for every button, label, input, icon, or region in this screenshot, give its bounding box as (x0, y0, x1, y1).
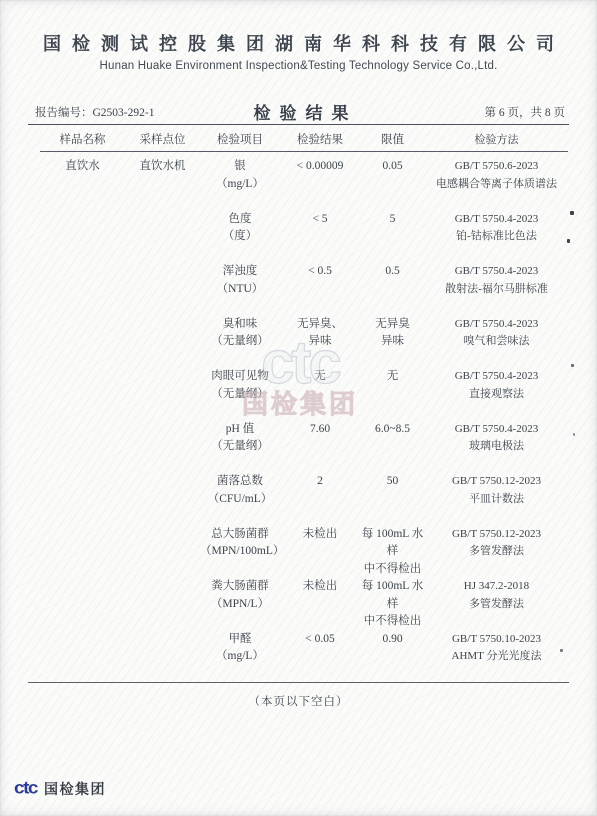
table-row: 肉眼可见物（无量纲） 无 无 GB/T 5750.4-2023直接观察法 (40, 364, 568, 417)
cell-result: < 0.5 (280, 263, 360, 281)
cell-limit: 每 100mL 水样中不得检出 (360, 526, 425, 579)
cell-method: GB/T 5750.4-2023嗅气和尝味法 (425, 316, 568, 351)
company-name-cn: 国检测试控股集团湖南华科科技有限公司 (0, 30, 597, 56)
cell-method: GB/T 5750.12-2023多管发酵法 (425, 526, 568, 561)
cell-point: 直饮水机 (125, 158, 200, 176)
cell-item: 甲醛（mg/L） (200, 631, 280, 666)
scan-speck (570, 211, 574, 215)
col-header-sampling-point: 采样点位 (125, 132, 200, 150)
header-divider (28, 124, 569, 125)
cell-limit: 6.0~8.5 (360, 421, 425, 439)
report-meta-row: 报告编号：G2503-292-1 检验结果 第 6 页，共 8 页 (35, 99, 567, 121)
col-header-test-item: 检验项目 (200, 132, 280, 150)
cell-method: GB/T 5750.10-2023AHMT 分光光度法 (425, 631, 568, 666)
cell-result: 未检出 (280, 578, 360, 596)
cell-limit: 5 (360, 211, 425, 229)
cell-item: pH 值（无量纲） (200, 421, 280, 456)
ctc-logo-name: 国检集团 (44, 779, 106, 799)
cell-method: GB/T 5750.4-2023散射法-福尔马肼标准 (425, 263, 568, 298)
cell-method: GB/T 5750.6-2023电感耦合等离子体质谱法 (425, 158, 568, 193)
cell-item: 肉眼可见物（无量纲） (200, 368, 280, 403)
cell-result: 无 (280, 368, 360, 386)
cell-limit: 50 (360, 473, 425, 491)
cell-result: < 5 (280, 211, 360, 229)
report-page: 国检测试控股集团湖南华科科技有限公司 Hunan Huake Environme… (0, 0, 597, 816)
col-header-limit: 限值 (360, 132, 425, 150)
table-row: 总大肠菌群（MPN/100mL） 未检出 每 100mL 水样中不得检出 GB/… (40, 522, 568, 575)
cell-limit: 无异臭异味 (360, 316, 425, 351)
col-header-test-result: 检验结果 (280, 132, 360, 150)
cell-method: GB/T 5750.4-2023玻璃电极法 (425, 421, 568, 456)
cell-result: < 0.05 (280, 631, 360, 649)
footer-divider (28, 682, 569, 683)
cell-item: 粪大肠菌群（MPN/L） (200, 578, 280, 613)
company-name-en: Hunan Huake Environment Inspection&Testi… (0, 60, 597, 72)
page-number: 第 6 页，共 8 页 (485, 104, 566, 120)
cell-limit: 0.5 (360, 263, 425, 281)
cell-result: 2 (280, 473, 360, 491)
table-row: pH 值（无量纲） 7.60 6.0~8.5 GB/T 5750.4-2023玻… (40, 417, 568, 470)
cell-result: < 0.00009 (280, 158, 360, 176)
col-header-test-method: 检验方法 (425, 132, 568, 150)
scan-speck (560, 649, 563, 652)
cell-item: 总大肠菌群（MPN/100mL） (200, 526, 280, 561)
table-row: 色度（度） < 5 5 GB/T 5750.4-2023铂-钴标准比色法 (40, 207, 568, 260)
cell-method: GB/T 5750.4-2023铂-钴标准比色法 (425, 211, 568, 246)
cell-limit: 每 100mL 水样中不得检出 (360, 578, 425, 631)
table-body: 直饮水 直饮水机 银（mg/L） < 0.00009 0.05 GB/T 575… (40, 154, 568, 679)
cell-item: 臭和味（无量纲） (200, 316, 280, 351)
table-row: 臭和味（无量纲） 无异臭、异味 无异臭异味 GB/T 5750.4-2023嗅气… (40, 312, 568, 365)
ctc-logo: ctc (14, 780, 37, 798)
scan-speck (567, 239, 570, 243)
company-logo: ctc 国检集团 (14, 779, 106, 799)
blank-below-note: （本页以下空白） (0, 693, 597, 709)
cell-method: HJ 347.2-2018多管发酵法 (425, 578, 568, 613)
table-row: 菌落总数（CFU/mL） 2 50 GB/T 5750.12-2023平皿计数法 (40, 469, 568, 522)
cell-limit: 无 (360, 368, 425, 386)
scan-speck (571, 364, 574, 367)
table-row: 浑浊度（NTU） < 0.5 0.5 GB/T 5750.4-2023散射法-福… (40, 259, 568, 312)
cell-item: 银（mg/L） (200, 158, 280, 193)
table-row: 粪大肠菌群（MPN/L） 未检出 每 100mL 水样中不得检出 HJ 347.… (40, 574, 568, 627)
table-header-row: 样品名称 采样点位 检验项目 检验结果 限值 检验方法 (40, 132, 568, 150)
cell-result: 未检出 (280, 526, 360, 544)
cell-limit: 0.05 (360, 158, 425, 176)
cell-limit: 0.90 (360, 631, 425, 649)
col-header-sample-name: 样品名称 (40, 132, 125, 150)
cell-method: GB/T 5750.12-2023平皿计数法 (425, 473, 568, 508)
cell-result: 7.60 (280, 421, 360, 439)
table-row: 甲醛（mg/L） < 0.05 0.90 GB/T 5750.10-2023AH… (40, 627, 568, 680)
scan-speck (573, 433, 575, 436)
cell-sample: 直饮水 (40, 158, 125, 176)
cell-item: 色度（度） (200, 211, 280, 246)
cell-result: 无异臭、异味 (280, 316, 360, 351)
cell-item: 菌落总数（CFU/mL） (200, 473, 280, 508)
cell-item: 浑浊度（NTU） (200, 263, 280, 298)
cell-method: GB/T 5750.4-2023直接观察法 (425, 368, 568, 403)
table-row: 直饮水 直饮水机 银（mg/L） < 0.00009 0.05 GB/T 575… (40, 154, 568, 207)
table-header-divider (40, 151, 568, 152)
